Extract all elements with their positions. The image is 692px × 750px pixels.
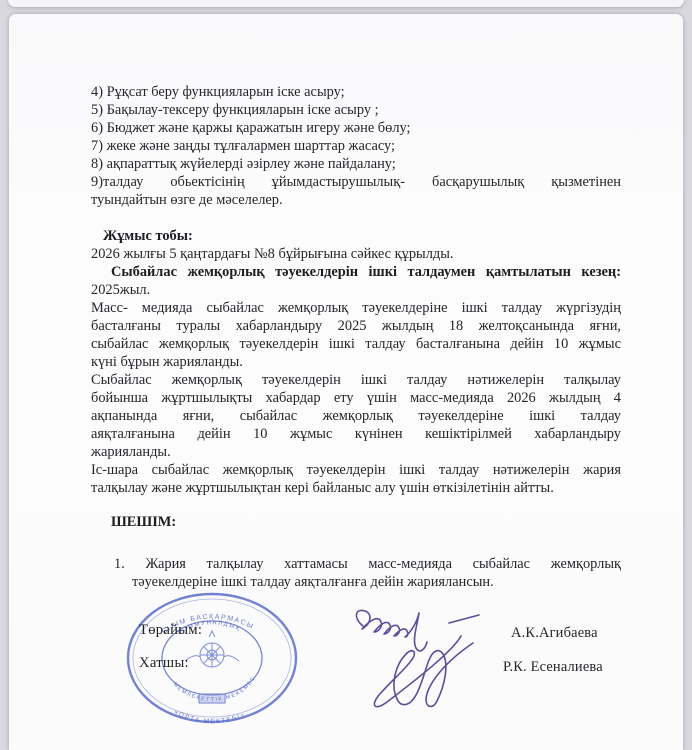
document-line: Сыбайлас жемқорлық тәуекелдерін ішкі тал… <box>91 263 621 281</box>
document-line: жарияланды. <box>91 443 621 461</box>
signature-ink-icon <box>339 596 484 721</box>
signature-lower-stroke <box>374 636 473 707</box>
document-line: 7) жеке және заңды тұлғалармен шарттар ж… <box>91 137 621 155</box>
handwritten-signature <box>339 596 484 721</box>
secretary-label: Хатшы: <box>139 655 189 672</box>
chairperson-name: А.К.Агибаева <box>511 625 598 642</box>
chairperson-label: Төрайым: <box>139 622 202 639</box>
document-page: 4) Рұқсат беру функцияларын іске асыру;5… <box>9 14 683 750</box>
document-line: тәуекелдеріне ішкі талдау аяқталғанға де… <box>91 573 621 591</box>
document-line: күні бұрын жарияланды. <box>91 353 621 371</box>
document-line: 5) Бақылау-тексеру функцияларын іске асы… <box>91 101 621 119</box>
document-line: 8) ақпараттық жүйелерді әзірлеу және пай… <box>91 155 621 173</box>
document-line: туындайтын өзге де мәселелер. <box>91 191 621 209</box>
secretary-name: Р.К. Есеналиева <box>503 659 603 676</box>
document-line: 6) Бюджет және қаржы қаражатын игеру жән… <box>91 119 621 137</box>
signature-upper-stroke <box>356 610 427 650</box>
document-line: Іс-шара сыбайлас жемқорлық тәуекелдерін … <box>91 461 621 479</box>
stamp-inner-text-bottom: МЕМЛЕКЕТТІК МЕКЕМЕСІ <box>125 591 257 703</box>
document-line: 1. Жария талқылау хаттамасы масс-медияда… <box>91 555 621 573</box>
document-line: сыбайлас жемқорлық тәуекелдерін ішкі тал… <box>91 335 621 353</box>
document-text-block: 4) Рұқсат беру функцияларын іске асыру;5… <box>91 83 621 591</box>
document-line: 4) Рұқсат беру функцияларын іске асыру; <box>91 83 621 101</box>
document-line: Сыбайлас жемқорлық тәуекелдерін ішкі тал… <box>91 371 621 389</box>
document-line: аяқталғанына дейін 10 жұмыс күнінен кеші… <box>91 425 621 443</box>
document-line: 2025жыл. <box>91 281 621 299</box>
document-line: 2026 жылғы 5 қаңтардағы №8 бұйрығына сәй… <box>91 245 621 263</box>
document-line: басталғаны туралы хабарландыру 2025 жылд… <box>91 317 621 335</box>
document-line: ақпанында яғни, сыбайлас жемқорлық тәуек… <box>91 407 621 425</box>
document-line: талқылау және жұртшылықтан кері байланыс… <box>91 479 621 497</box>
document-line: Жұмыс тобы: <box>91 227 621 245</box>
document-line: 9)талдау обьектісінің ұйымдастырушылық- … <box>91 173 621 191</box>
document-line: бойынша жұртшылықты хабардар ету үшін ма… <box>91 389 621 407</box>
document-line: ШЕШІМ: <box>91 513 621 531</box>
svg-text:МЕМЛЕКЕТТІК МЕКЕМЕСІ: МЕМЛЕКЕТТІК МЕКЕМЕСІ <box>125 591 257 703</box>
previous-page-edge <box>8 0 684 7</box>
signature-dash-stroke <box>449 615 479 623</box>
document-line: Масс- медияда сыбайлас жемқорлық тәуекел… <box>91 299 621 317</box>
